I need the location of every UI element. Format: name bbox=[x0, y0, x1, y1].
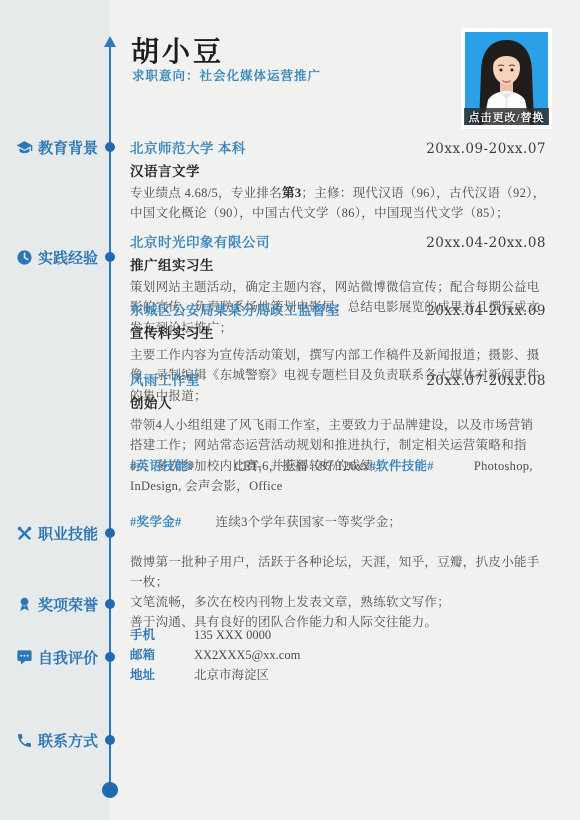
award-line: #奖学金#连续3个学年获国家一等奖学金； bbox=[130, 512, 546, 532]
sidebar-item-skills: 职业技能 bbox=[16, 523, 108, 543]
email-value: XX2XXX5@xx.com bbox=[194, 645, 300, 665]
tools-icon bbox=[16, 525, 33, 542]
skills-line: #英语技能#CET-6，托福（87/120xx#软件技能#Photoshop, … bbox=[130, 456, 546, 497]
experience-date: 20xx.04-20xx.09 bbox=[426, 303, 546, 319]
evaluation-line: 文笔流畅，多次在校内刊物上发表文章，熟练软文写作； bbox=[130, 592, 546, 612]
contact-row-phone: 手机 135 XXX 0000 bbox=[130, 625, 546, 645]
education-detail: 专业绩点 4.68/5，专业排名第3；主修：现代汉语（96），古代汉语（92），… bbox=[130, 183, 546, 224]
address-label: 地址 bbox=[130, 665, 194, 685]
experience-company: 东城区公安局某某分局政工监督室 bbox=[130, 299, 340, 319]
education-date: 20xx.09-20xx.07 bbox=[426, 141, 546, 157]
education-school: 北京师范大学 本科 bbox=[130, 137, 246, 157]
experience-role: 创始人 bbox=[130, 392, 546, 412]
job-intent: 求职意向：社会化媒体运营推广 bbox=[132, 66, 321, 84]
section-skills: #英语技能#CET-6，托福（87/120xx#软件技能#Photoshop, … bbox=[130, 456, 546, 497]
email-label: 邮箱 bbox=[130, 645, 194, 665]
photo-replace-button[interactable]: 点击更改/替换 bbox=[464, 108, 549, 125]
timeline-line bbox=[109, 46, 111, 786]
experience-role: 推广组实习生 bbox=[130, 254, 546, 274]
experience-date: 20xx.04-20xx.08 bbox=[426, 235, 546, 251]
sidebar-item-label: 教育背景 bbox=[38, 137, 98, 158]
contact-row-email: 邮箱 XX2XXX5@xx.com bbox=[130, 645, 546, 665]
phone-label: 手机 bbox=[130, 625, 194, 645]
experience-company: 风雨工作室 bbox=[130, 369, 200, 389]
contact-row-address: 地址 北京市海淀区 bbox=[130, 665, 546, 685]
sidebar-item-contact: 联系方式 bbox=[16, 730, 108, 750]
scholarship-value: 连续3个学年获国家一等奖学金； bbox=[216, 515, 402, 529]
sidebar-item-evaluation: 自我评价 bbox=[16, 647, 108, 667]
english-skill-label: #英语技能# bbox=[130, 459, 194, 473]
sidebar-item-awards: 奖项荣誉 bbox=[16, 594, 108, 614]
address-value: 北京市海淀区 bbox=[194, 665, 269, 685]
sidebar-item-experience: 实践经验 bbox=[16, 247, 108, 267]
comment-icon bbox=[16, 649, 33, 666]
education-major: 汉语言文学 bbox=[130, 160, 546, 180]
profile-photo[interactable]: 点击更改/替换 bbox=[461, 28, 552, 129]
section-self-evaluation: 微博第一批种子用户，活跃于各种论坛，天涯，知乎，豆瓣，扒皮小能手一枚； 文笔流畅… bbox=[130, 552, 546, 632]
timeline-end-dot bbox=[102, 782, 118, 798]
sidebar bbox=[0, 0, 110, 820]
software-skill-label: #软件技能# bbox=[370, 459, 434, 473]
graduation-cap-icon bbox=[16, 139, 33, 156]
section-education: 北京师范大学 本科 20xx.09-20xx.07 汉语言文学 专业绩点 4.6… bbox=[130, 137, 546, 224]
experience-date: 20xx.07-20xx.08 bbox=[426, 373, 546, 389]
phone-icon bbox=[16, 732, 33, 749]
section-awards: #奖学金#连续3个学年获国家一等奖学金； bbox=[130, 512, 546, 532]
section-contact: 手机 135 XXX 0000 邮箱 XX2XXX5@xx.com 地址 北京市… bbox=[130, 625, 546, 685]
sidebar-item-label: 自我评价 bbox=[38, 647, 98, 668]
page-title: 胡小豆 bbox=[131, 30, 224, 70]
scholarship-label: #奖学金# bbox=[130, 515, 182, 529]
evaluation-line: 微博第一批种子用户，活跃于各种论坛，天涯，知乎，豆瓣，扒皮小能手一枚； bbox=[130, 552, 546, 592]
sidebar-item-label: 联系方式 bbox=[38, 730, 98, 751]
phone-value: 135 XXX 0000 bbox=[194, 625, 271, 645]
sidebar-item-label: 职业技能 bbox=[38, 523, 98, 544]
sidebar-item-education: 教育背景 bbox=[16, 137, 108, 157]
sidebar-item-label: 实践经验 bbox=[38, 247, 98, 268]
experience-company: 北京时光印象有限公司 bbox=[130, 231, 270, 251]
experience-role: 宣传科实习生 bbox=[130, 322, 546, 342]
clock-icon bbox=[16, 249, 33, 266]
medal-icon bbox=[16, 596, 33, 613]
english-skill-value: CET-6，托福（87/120xx bbox=[234, 459, 369, 473]
sidebar-item-label: 奖项荣誉 bbox=[38, 594, 98, 615]
